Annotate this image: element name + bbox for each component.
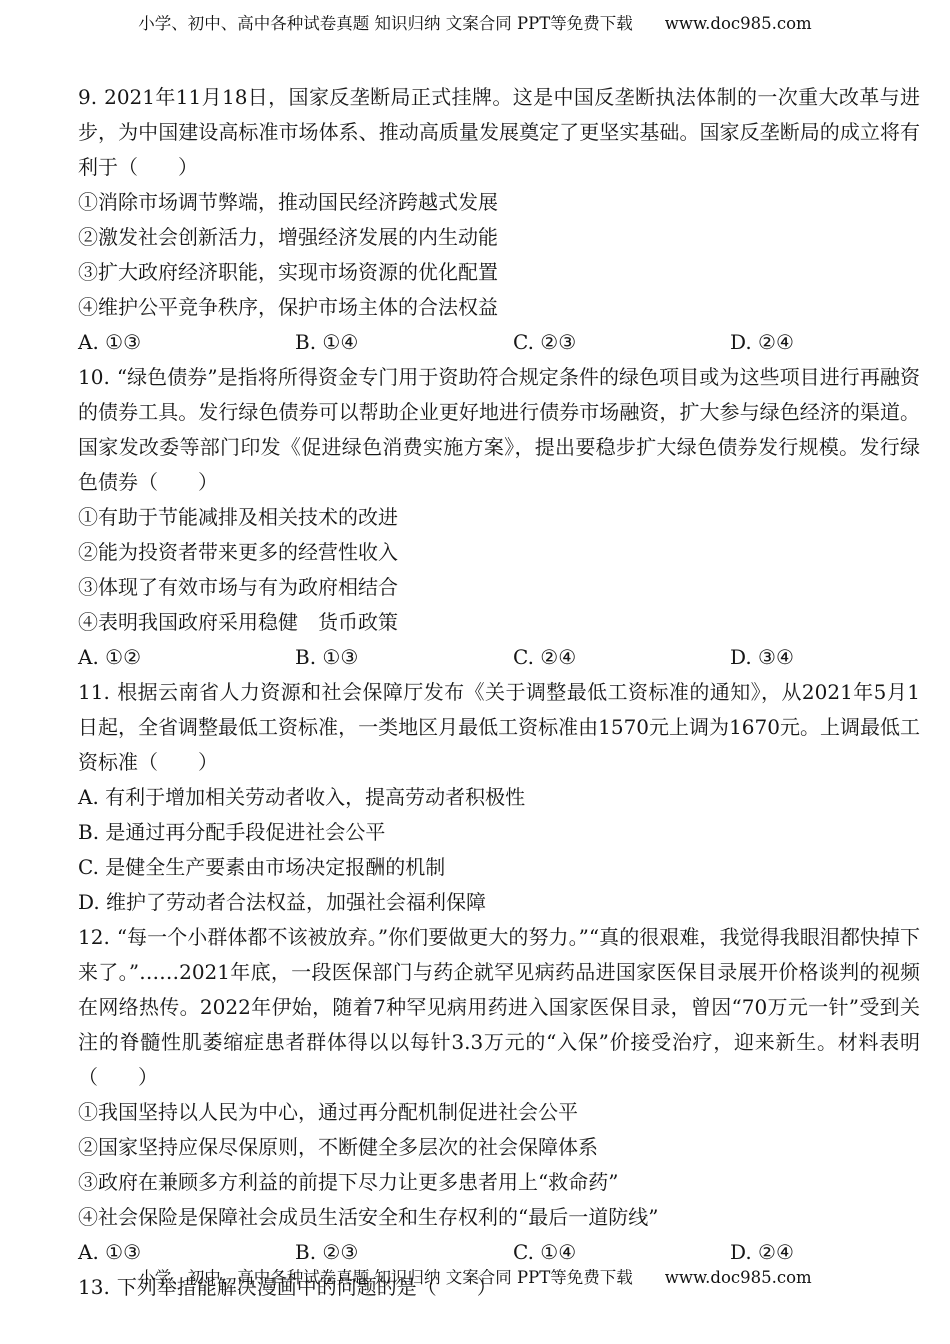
question-stem-text: 根据云南省人力资源和社会保障厅发布《关于调整最低工资标准的通知》，从2021年5…	[78, 680, 920, 774]
statement-item: ④社会保险是保障社会成员生活安全和生存权利的“最后一道防线”	[78, 1200, 920, 1235]
options-row: A. ①③ B. ①④ C. ②③ D. ②④	[78, 325, 920, 360]
question-9: 9.2021年11月18日，国家反垄断局正式挂牌。这是中国反垄断执法体制的一次重…	[78, 80, 920, 360]
question-11: 11.根据云南省人力资源和社会保障厅发布《关于调整最低工资标准的通知》，从202…	[78, 675, 920, 920]
statement-item: ④表明我国政府采用稳健 货币政策	[78, 605, 920, 640]
document-page: 小学、初中、高中各种试卷真题 知识归纳 文案合同 PPT等免费下载www.doc…	[0, 0, 950, 1344]
statement-item: ②能为投资者带来更多的经营性收入	[78, 535, 920, 570]
questions-area: 9.2021年11月18日，国家反垄断局正式挂牌。这是中国反垄断执法体制的一次重…	[78, 80, 920, 1305]
statement-item: ③扩大政府经济职能，实现市场资源的优化配置	[78, 255, 920, 290]
statement-item: ③体现了有效市场与有为政府相结合	[78, 570, 920, 605]
question-stem-text: “每一个小群体都不该被放弃。”你们要做更大的努力。”“真的很艰难，我觉得我眼泪都…	[78, 925, 920, 1089]
page-footer: 小学、初中、高中各种试卷真题 知识归纳 文案合同 PPT等免费下载www.doc…	[0, 1264, 950, 1288]
statement-item: ④维护公平竞争秩序，保护市场主体的合法权益	[78, 290, 920, 325]
statement-item: ②激发社会创新活力，增强经济发展的内生动能	[78, 220, 920, 255]
footer-promo-text: 小学、初中、高中各种试卷真题 知识归纳 文案合同 PPT等免费下载	[138, 1268, 632, 1287]
option-a: A. 有利于增加相关劳动者收入，提高劳动者积极性	[78, 780, 920, 815]
question-number: 12.	[78, 925, 110, 949]
option-b: B. ①④	[295, 325, 513, 360]
option-d: D. ③④	[730, 640, 920, 675]
header-promo-text: 小学、初中、高中各种试卷真题 知识归纳 文案合同 PPT等免费下载	[138, 14, 632, 33]
option-a: A. ①③	[78, 325, 295, 360]
question-stem-text: “绿色债券”是指将所得资金专门用于资助符合规定条件的绿色项目或为这些项目进行再融…	[78, 365, 920, 494]
option-a: A. ①②	[78, 640, 295, 675]
question-stem-text: 2021年11月18日，国家反垄断局正式挂牌。这是中国反垄断执法体制的一次重大改…	[78, 85, 920, 179]
header-site-url: www.doc985.com	[665, 14, 812, 33]
question-number: 10.	[78, 365, 110, 389]
question-number: 11.	[78, 680, 110, 704]
question-stem: 9.2021年11月18日，国家反垄断局正式挂牌。这是中国反垄断执法体制的一次重…	[78, 80, 920, 185]
option-d: D. ②④	[730, 325, 920, 360]
page-header: 小学、初中、高中各种试卷真题 知识归纳 文案合同 PPT等免费下载www.doc…	[0, 10, 950, 34]
statement-item: ①有助于节能减排及相关技术的改进	[78, 500, 920, 535]
options-row: A. ①② B. ①③ C. ②④ D. ③④	[78, 640, 920, 675]
footer-site-url: www.doc985.com	[665, 1268, 812, 1287]
statement-item: ②国家坚持应保尽保原则，不断健全多层次的社会保障体系	[78, 1130, 920, 1165]
option-b: B. 是通过再分配手段促进社会公平	[78, 815, 920, 850]
option-b: B. ①③	[295, 640, 513, 675]
question-12: 12.“每一个小群体都不该被放弃。”你们要做更大的努力。”“真的很艰难，我觉得我…	[78, 920, 920, 1270]
question-10: 10.“绿色债券”是指将所得资金专门用于资助符合规定条件的绿色项目或为这些项目进…	[78, 360, 920, 675]
option-d: D. 维护了劳动者合法权益，加强社会福利保障	[78, 885, 920, 920]
question-stem: 11.根据云南省人力资源和社会保障厅发布《关于调整最低工资标准的通知》，从202…	[78, 675, 920, 780]
option-c: C. ②④	[513, 640, 730, 675]
statement-item: ①消除市场调节弊端，推动国民经济跨越式发展	[78, 185, 920, 220]
question-number: 9.	[78, 85, 97, 109]
option-c: C. 是健全生产要素由市场决定报酬的机制	[78, 850, 920, 885]
question-stem: 12.“每一个小群体都不该被放弃。”你们要做更大的努力。”“真的很艰难，我觉得我…	[78, 920, 920, 1095]
statement-item: ③政府在兼顾多方利益的前提下尽力让更多患者用上“救命药”	[78, 1165, 920, 1200]
question-stem: 10.“绿色债券”是指将所得资金专门用于资助符合规定条件的绿色项目或为这些项目进…	[78, 360, 920, 500]
statement-item: ①我国坚持以人民为中心，通过再分配机制促进社会公平	[78, 1095, 920, 1130]
option-c: C. ②③	[513, 325, 730, 360]
